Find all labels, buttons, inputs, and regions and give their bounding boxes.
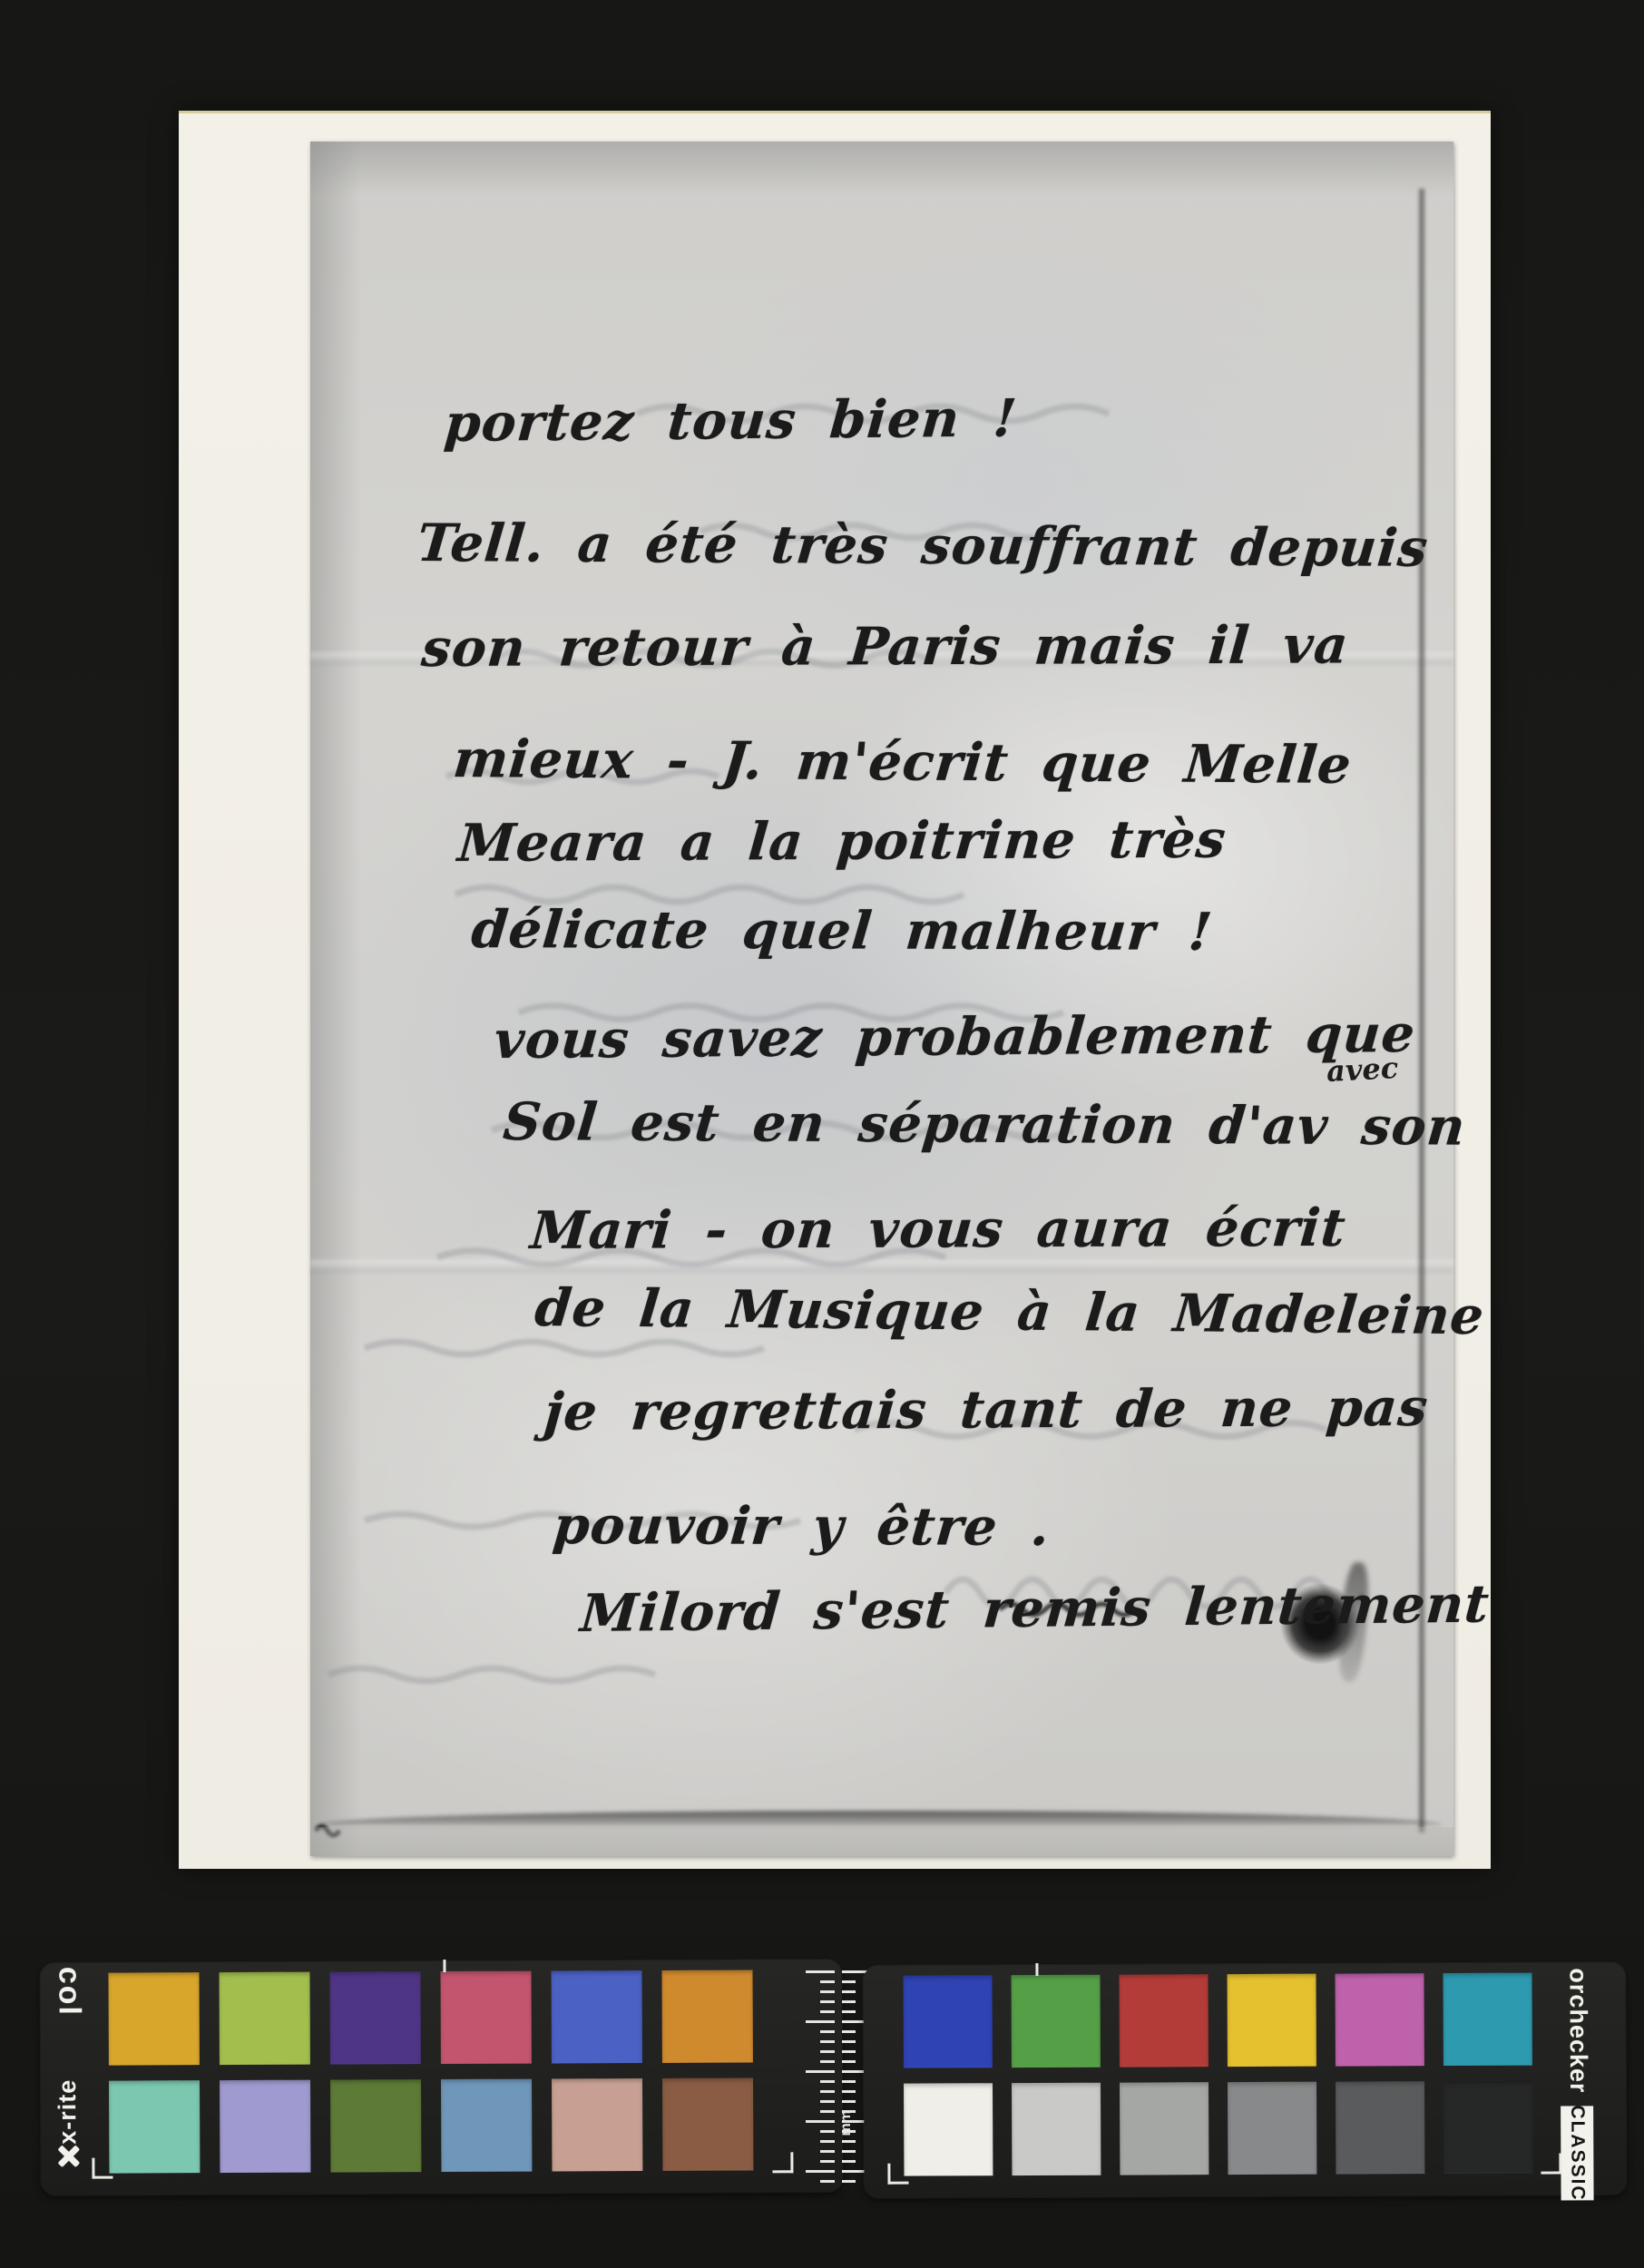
classic-label: CLASSIC xyxy=(1566,2105,1588,2201)
patch-orange xyxy=(661,1970,752,2063)
patch-row xyxy=(903,1973,1531,2068)
patch-purplish-blue xyxy=(551,1970,641,2063)
xrite-logo-icon xyxy=(55,2145,79,2168)
patch-bluish-green xyxy=(109,2080,200,2173)
patch-orange-yellow xyxy=(108,1972,199,2065)
interline-insertion: avec xyxy=(1326,1051,1399,1089)
patch-row xyxy=(109,2078,753,2174)
colorchecker-brand-text: orchecker xyxy=(1563,1968,1592,2093)
colorchecker-right-card: orchecker CLASSIC xyxy=(863,1962,1626,2198)
patch-magenta xyxy=(1335,1973,1424,2066)
mat-board: portez tous bien ! Tell. a été très souf… xyxy=(179,111,1491,1869)
patch-moderate-red xyxy=(440,1971,531,2064)
patch-foliage xyxy=(330,2079,421,2172)
patch-neutral-5 xyxy=(1228,2082,1316,2175)
patch-yellow-green xyxy=(219,1972,309,2065)
patch-green xyxy=(1011,1975,1100,2068)
letter-photograph: portez tous bien ! Tell. a été très souf… xyxy=(310,142,1453,1856)
classic-label-box: CLASSIC xyxy=(1561,2106,1593,2200)
colorchecker-left-card: col x-rite xyxy=(40,1960,842,2195)
letter-line: de la Musique à la Madeleine xyxy=(533,1277,1487,1346)
patch-black xyxy=(1443,2081,1532,2174)
xrite-brand-text: x-rite xyxy=(54,2079,82,2145)
patch-blue-flower xyxy=(220,2080,310,2173)
letter-line: Mari - on vous aura écrit xyxy=(528,1198,1348,1261)
letter-line: Sol est en séparation d'av son xyxy=(501,1091,1469,1158)
patch-blue-sky xyxy=(441,2079,532,2172)
photo-top-shadow xyxy=(310,142,1453,196)
crop-corner-mark xyxy=(92,2158,113,2179)
photo-left-shadow xyxy=(310,142,361,1856)
letter-line: son retour à Paris mais il va xyxy=(419,614,1351,679)
letter-line: portez tous bien ! xyxy=(442,387,1019,453)
patch-blue xyxy=(903,1975,992,2068)
patch-neutral-3.5 xyxy=(1336,2081,1424,2174)
letter-bottom-edge xyxy=(319,1811,1443,1826)
patch-neutral-8 xyxy=(1012,2083,1101,2175)
crop-corner-mark xyxy=(772,2152,793,2173)
patch-cyan xyxy=(1443,1973,1531,2066)
patch-yellow xyxy=(1227,1974,1316,2067)
patch-light-skin xyxy=(552,2078,642,2171)
letter-line: je regrettais tant de ne pas xyxy=(542,1377,1431,1442)
letter-line: vous savez probablement que xyxy=(492,1003,1417,1070)
letter-line: Tell. a été très souffrant depuis xyxy=(415,513,1431,579)
colorchecker-brand-text: col xyxy=(51,1967,86,2017)
patch-row xyxy=(904,2081,1532,2176)
letter-line: délicate quel malheur ! xyxy=(469,899,1215,963)
archival-photo-scene: portez tous bien ! Tell. a été très souf… xyxy=(0,0,1644,2268)
registration-tick xyxy=(443,1960,445,1972)
patch-white xyxy=(904,2083,993,2175)
fold-crease xyxy=(310,1260,1453,1273)
crop-corner-mark xyxy=(887,2164,908,2185)
patch-row xyxy=(108,1970,752,2066)
patch-dark-skin xyxy=(662,2078,753,2171)
mm-ruler-right xyxy=(842,1970,873,2188)
photo-backing xyxy=(310,1827,1453,1856)
mm-ruler-left xyxy=(802,1970,835,2188)
letter-line: Milord s'est remis lentement xyxy=(578,1574,1492,1644)
patch-red xyxy=(1119,1974,1208,2067)
registration-tick xyxy=(1035,1963,1038,1976)
letter-line: Meara a la poitrine très xyxy=(455,809,1228,874)
letter-right-edge xyxy=(1419,189,1424,1833)
letter-line: mieux - J. m'écrit que Melle xyxy=(451,728,1355,796)
ruler-unit-label: mm xyxy=(838,2110,855,2136)
patch-purple xyxy=(329,1971,420,2064)
patch-neutral-6.5 xyxy=(1120,2082,1209,2175)
crop-corner-mark xyxy=(1541,2153,1561,2174)
letter-line: pouvoir y être . xyxy=(551,1495,1052,1558)
